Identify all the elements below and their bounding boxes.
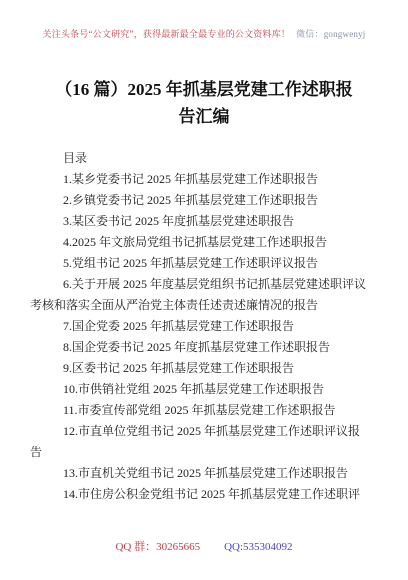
toc-line: 14.市住房公积金党组书记 2025 年抓基层党建工作述职评	[30, 484, 380, 505]
document-title-line2: 告汇编	[30, 103, 378, 130]
toc-line: 12.市直单位党组书记 2025 年抓基层党建工作述职评议报	[30, 421, 380, 442]
toc-line: 2.乡镇党委书记 2025 年抓基层党建工作述职报告	[30, 190, 380, 211]
promo-banner: 关注头条号“公文研究”，获得最新最全最专业的公文资料库！微信：gongwenyj	[0, 27, 408, 40]
qq-number-text: QQ:535304092	[224, 541, 292, 553]
toc-line: 1.某乡党委书记 2025 年抓基层党建工作述职报告	[30, 169, 380, 190]
document-title: （16 篇）2025 年抓基层党建工作述职报 告汇编	[30, 76, 378, 130]
qq-group-text: QQ 群：30265665	[115, 541, 200, 553]
toc-line: 告	[30, 442, 380, 463]
toc-line: 6.关于开展 2025 年度基层党组织书记抓基层党建述职评议	[30, 274, 380, 295]
toc-line: 13.市直机关党组书记 2025 年抓基层党建工作述职报告	[30, 463, 380, 484]
toc-line: 11.市委宣传部党组 2025 年抓基层党建工作述职报告	[30, 400, 380, 421]
toc-line: 9.区委书记 2025 年抓基层党建工作述职报告	[30, 358, 380, 379]
table-of-contents: 目录 1.某乡党委书记 2025 年抓基层党建工作述职报告2.乡镇党委书记 20…	[30, 148, 380, 505]
document-title-line1: （16 篇）2025 年抓基层党建工作述职报	[30, 76, 378, 103]
toc-line: 8.国企党委书记 2025 年度抓基层党建工作述职报告	[30, 337, 380, 358]
document-page: 关注头条号“公文研究”，获得最新最全最专业的公文资料库！微信：gongwenyj…	[0, 0, 408, 580]
toc-line: 10.市供销社党组 2025 年抓基层党建工作述职报告	[30, 379, 380, 400]
wechat-id-text: 微信：gongwenyj	[296, 29, 365, 39]
toc-line: 7.国企党委 2025 年抓基层党建工作述职报告	[30, 316, 380, 337]
toc-line: 5.党组书记 2025 年抓基层党建工作述职评议报告	[30, 253, 380, 274]
contact-footer: QQ 群：30265665QQ:535304092	[0, 538, 408, 554]
toc-heading: 目录	[30, 148, 380, 169]
toc-line: 4.2025 年文旅局党组书记抓基层党建工作述职报告	[30, 232, 380, 253]
toc-list: 1.某乡党委书记 2025 年抓基层党建工作述职报告2.乡镇党委书记 2025 …	[30, 169, 380, 505]
toc-line: 考核和落实全面从严治党主体责任述责述廉情况的报告	[30, 295, 380, 316]
toc-line: 3.某区委书记 2025 年度抓基层党建述职报告	[30, 211, 380, 232]
promo-text: 关注头条号“公文研究”，获得最新最全最专业的公文资料库！	[43, 29, 291, 39]
